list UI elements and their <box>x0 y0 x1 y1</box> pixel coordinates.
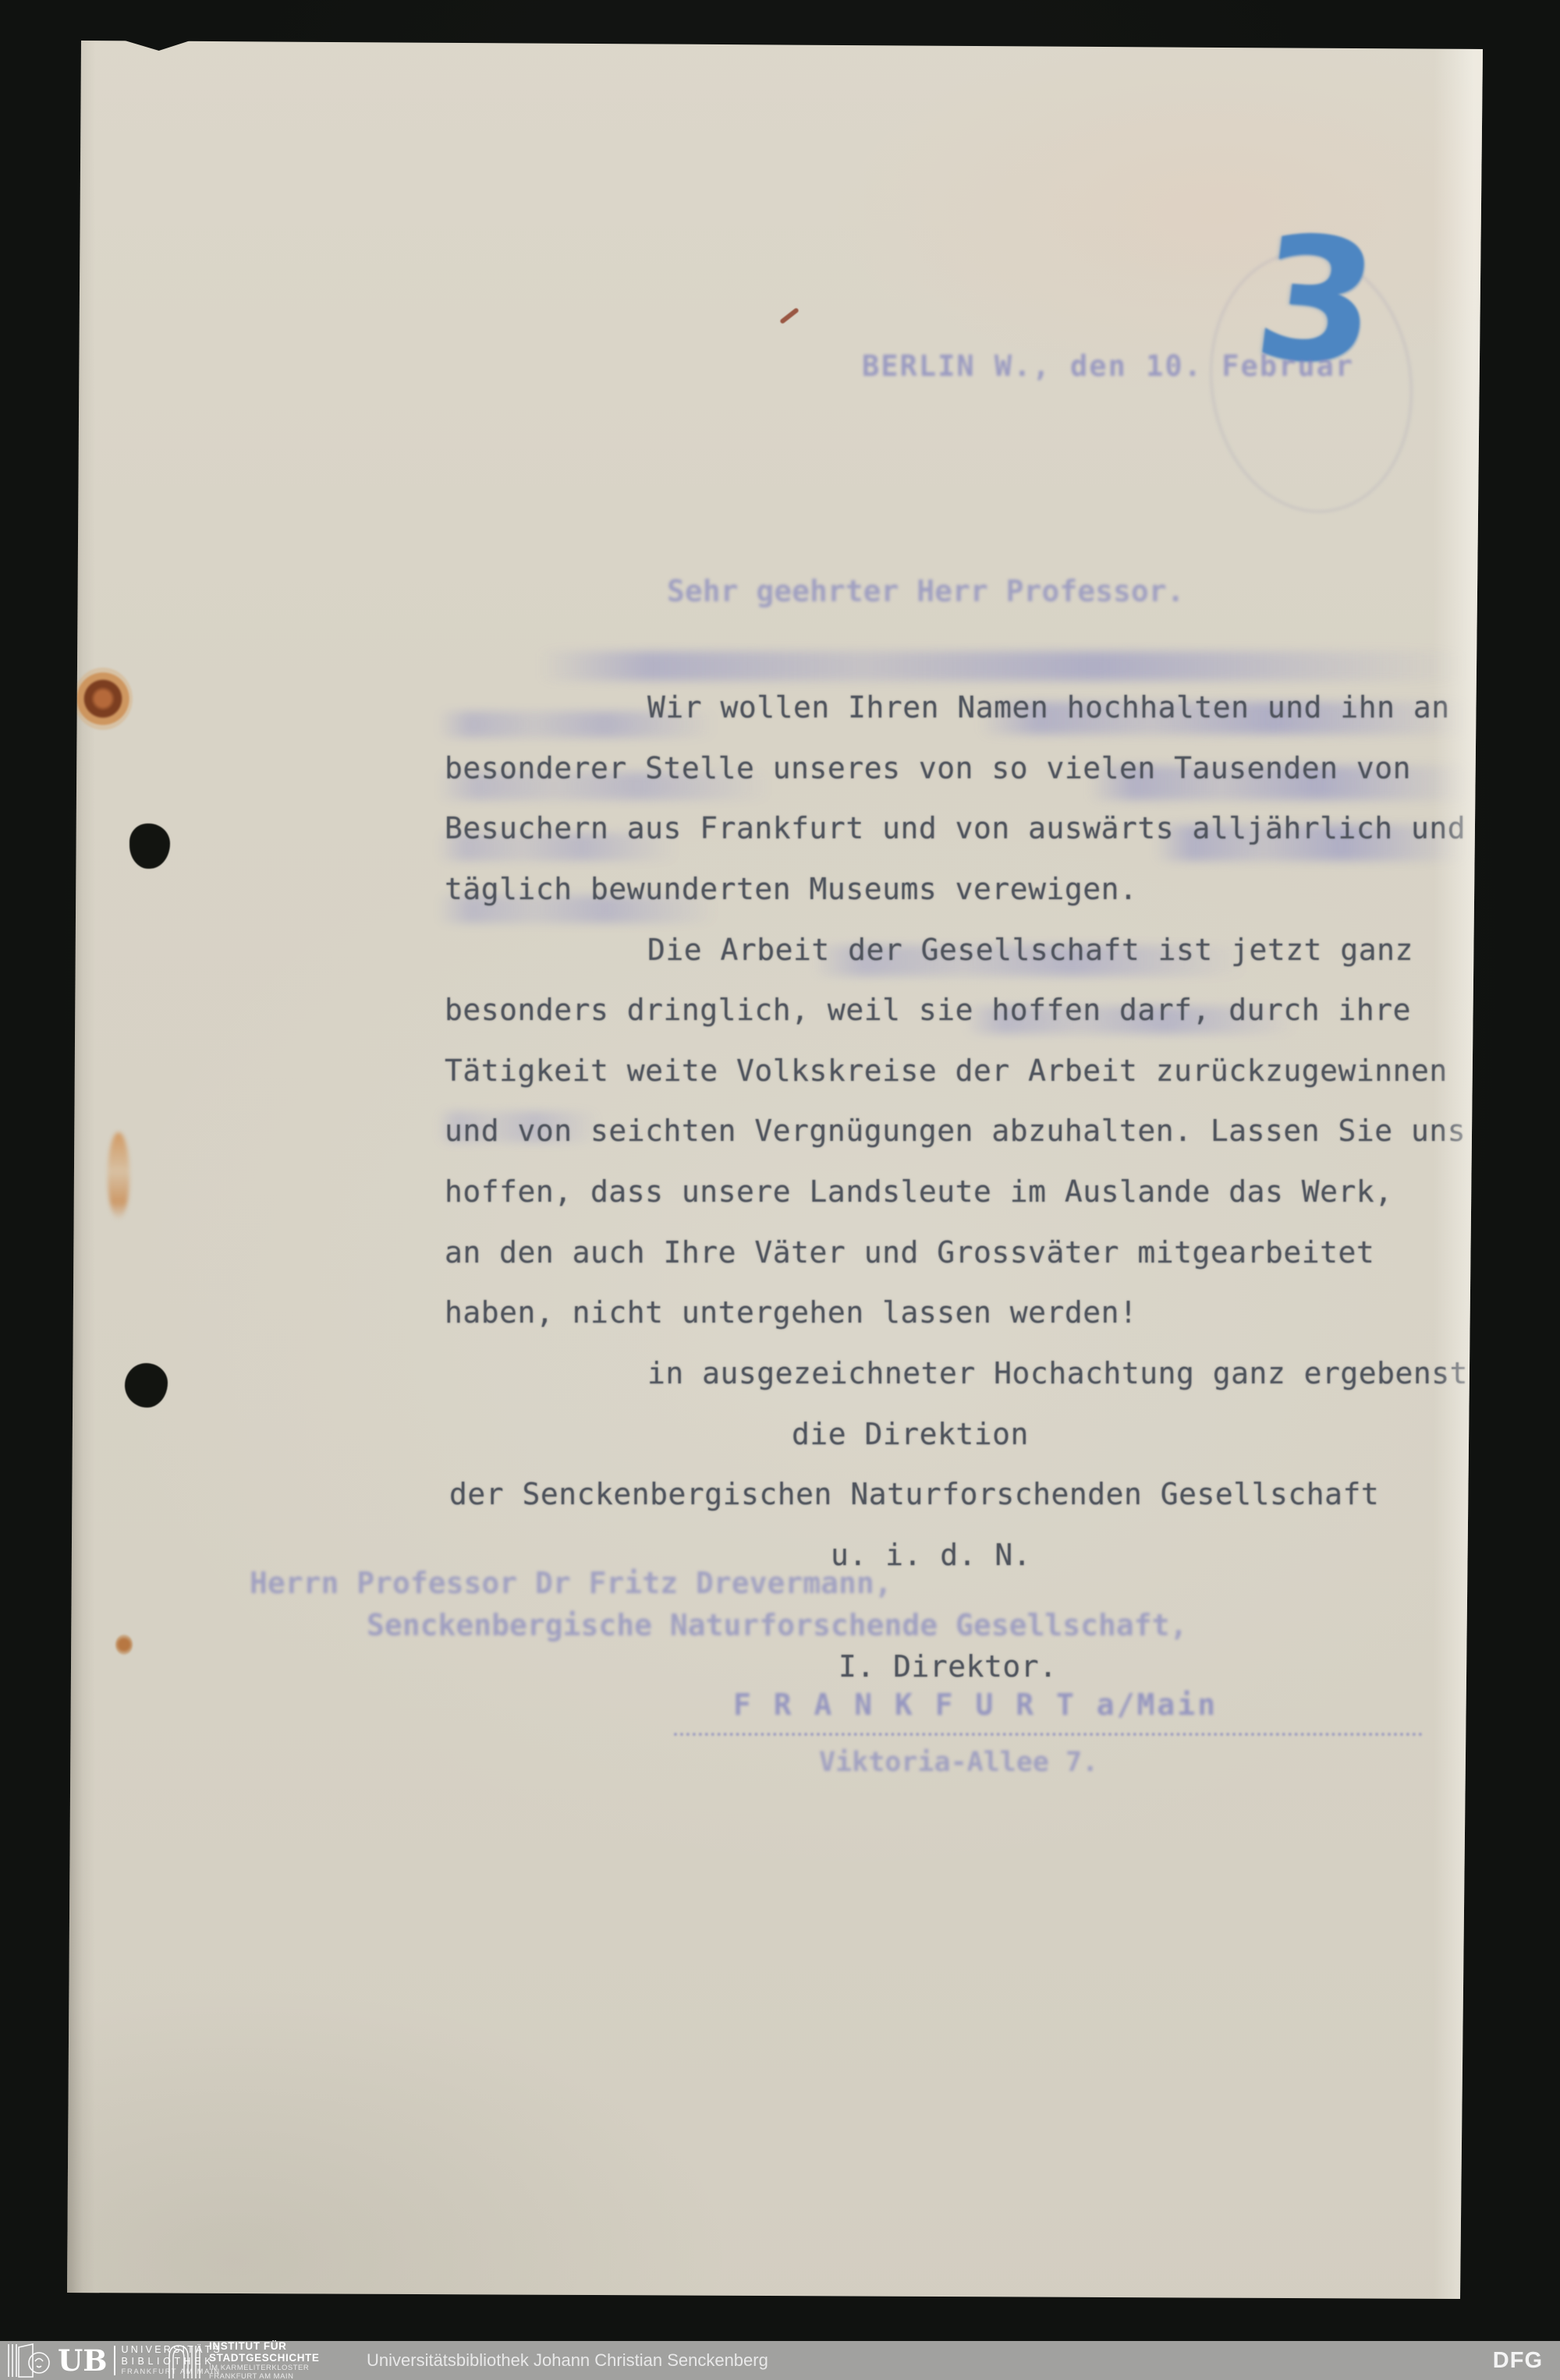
stamp-underline <box>674 1733 1423 1736</box>
ub-library-icon <box>6 2343 55 2378</box>
typewritten-line: in ausgezeichneter Hochachtung ganz erge… <box>647 1356 1468 1390</box>
rust-stain <box>73 668 133 730</box>
signature-role: I. Direktor. <box>838 1649 1058 1684</box>
typewritten-line: Wir wollen Ihren Namen hochhalten und ih… <box>647 690 1450 724</box>
institut-line4: FRANKFURT AM MAIN <box>209 2373 320 2380</box>
ub-divider <box>114 2346 115 2375</box>
typewritten-line: die Direktion <box>792 1417 1029 1451</box>
ink-mark <box>779 307 799 324</box>
footer-credit: Universitätsbibliothek Johann Christian … <box>367 2341 768 2380</box>
institut-line2: STADTGESCHICHTE <box>209 2352 320 2364</box>
institut-line1: INSTITUT FÜR <box>209 2340 320 2353</box>
recipient-line: Herrn Professor Dr Fritz Drevermann, <box>250 1566 892 1600</box>
typewritten-line: besonderer Stelle unseres von so vielen … <box>445 751 1411 785</box>
rust-stain <box>115 1634 133 1655</box>
typewritten-line: Besuchern aus Frankfurt und von auswärts… <box>445 811 1466 845</box>
typewritten-line: an den auch Ihre Väter und Grossväter mi… <box>445 1235 1374 1270</box>
karmeliterkloster-arch-icon <box>166 2343 204 2378</box>
stamp-city: F R A N K F U R T a/Main <box>733 1688 1218 1722</box>
punch-hole <box>129 823 170 869</box>
punch-hole <box>125 1363 168 1408</box>
dateline: BERLIN W., den 10. Februar <box>862 349 1354 383</box>
institut-line3: IM KARMELITERKLOSTER <box>209 2364 320 2373</box>
paper-sheet: 3 BERLIN W., den 10. Februar Sehr geehrt… <box>0 0 1560 2380</box>
ub-abbr: UB <box>58 2346 108 2375</box>
institut-logo: INSTITUT FÜR STADTGESCHICHTE IM KARMELIT… <box>166 2343 320 2378</box>
typewritten-line: Die Arbeit der Gesellschaft ist jetzt ga… <box>647 933 1413 967</box>
typewritten-line: besonders dringlich, weil sie hoffen dar… <box>445 993 1411 1027</box>
typewritten-line: Tätigkeit weite Volkskreise der Arbeit z… <box>445 1054 1448 1088</box>
typewritten-line: der Senckenbergischen Naturforschenden G… <box>449 1477 1379 1511</box>
typewritten-line: und von seichten Vergnügungen abzuhalten… <box>445 1114 1466 1148</box>
scanned-letter-page: 3 BERLIN W., den 10. Februar Sehr geehrt… <box>0 0 1560 2380</box>
ghost-text-line <box>538 651 1466 681</box>
typewritten-line: hoffen, dass unsere Landsleute im Auslan… <box>445 1174 1393 1209</box>
dfg-logo: DFG <box>1493 2341 1543 2380</box>
typewritten-line: täglich bewunderten Museums verewigen. <box>445 872 1137 906</box>
recipient-line: Senckenbergische Naturforschende Gesells… <box>367 1608 1187 1642</box>
rust-stain <box>108 1132 129 1220</box>
footer-bar: UB UNIVERSITÄTS BIBLIOTHEK FRANKFURT AM … <box>0 2341 1560 2380</box>
typewritten-line: haben, nicht untergehen lassen werden! <box>445 1295 1137 1330</box>
salutation: Sehr geehrter Herr Professor. <box>667 574 1184 608</box>
stamp-street: Viktoria-Allee 7. <box>819 1747 1098 1778</box>
